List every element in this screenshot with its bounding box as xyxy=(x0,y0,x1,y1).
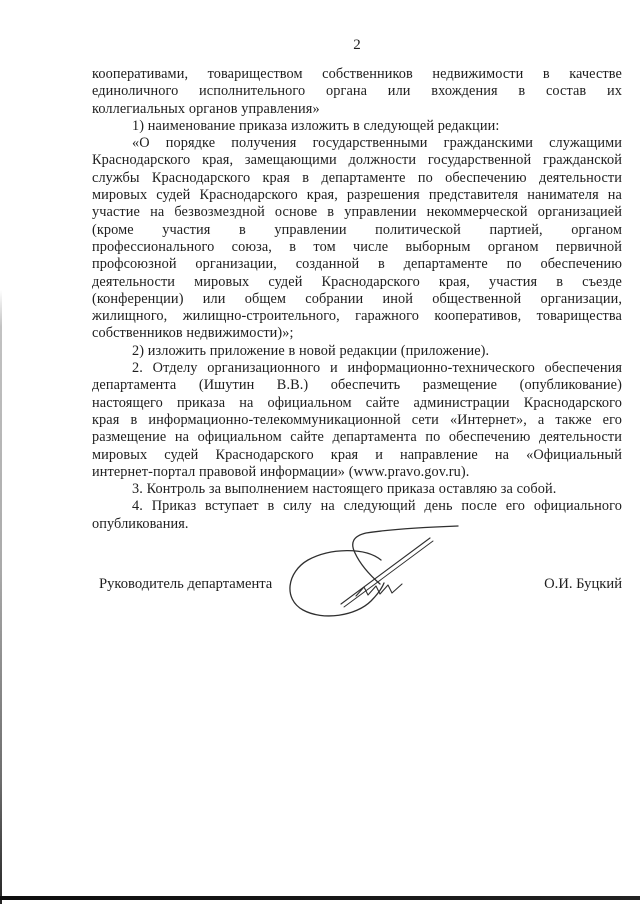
paragraph-intro-continuation: кооперативами, товариществом собственник… xyxy=(92,66,622,118)
text-line: коллегиальных органов управления» xyxy=(92,101,622,118)
text-line: собственников недвижимости)»; xyxy=(92,325,622,342)
scanned-document-page: 2 кооперативами, товариществом собственн… xyxy=(0,0,640,904)
scan-edge-left-artifact xyxy=(0,290,2,904)
text-line: департамента (Ишутин В.В.) обеспечить ра… xyxy=(92,377,622,394)
paragraph-subitem-1: 1) наименование приказа изложить в следу… xyxy=(92,118,622,135)
scan-edge-bottom-artifact xyxy=(0,896,640,900)
paragraph-order-title-quote: «О порядке получения государственными гр… xyxy=(92,135,622,343)
text-line: 4. Приказ вступает в силу на следующий д… xyxy=(92,498,622,515)
text-line: интернет-портал правовой информации» (ww… xyxy=(92,464,622,481)
text-line: профессионального союза, в том числе выб… xyxy=(92,239,622,256)
text-line: мировых судей Краснодарского края, разре… xyxy=(92,187,622,204)
text-line: 3. Контроль за выполнением настоящего пр… xyxy=(92,481,622,498)
signatory-title: Руководитель департамента xyxy=(99,575,272,593)
document-content: 2 кооперативами, товариществом собственн… xyxy=(92,0,622,593)
text-line: мировых судей Краснодарского края и напр… xyxy=(92,447,622,464)
text-line: (кроме участия в управлении политической… xyxy=(92,222,622,239)
text-line: 1) наименование приказа изложить в следу… xyxy=(92,118,622,135)
text-line: Краснодарского края, замещающими должнос… xyxy=(92,152,622,169)
text-line: края в информационно-телекоммуникационно… xyxy=(92,412,622,429)
signatory-name: О.И. Буцкий xyxy=(544,575,622,593)
paragraph-item-2: 2. Отделу организационного и информацион… xyxy=(92,360,622,481)
text-line: единоличного исполнительного органа или … xyxy=(92,83,622,100)
handwritten-signature xyxy=(280,515,465,625)
text-line: жилищного, жилищно-строительного, гаражн… xyxy=(92,308,622,325)
text-line: настоящего приказа на официальном сайте … xyxy=(92,395,622,412)
text-line: «О порядке получения государственными гр… xyxy=(92,135,622,152)
text-line: 2) изложить приложение в новой редакции … xyxy=(92,343,622,360)
text-line: деятельности мировых судей Краснодарског… xyxy=(92,274,622,291)
text-line: профсоюзной организации, созданной в деп… xyxy=(92,256,622,273)
page-number: 2 xyxy=(92,37,622,53)
text-line: 2. Отделу организационного и информацион… xyxy=(92,360,622,377)
text-line: (конференции) или общем собрании иной об… xyxy=(92,291,622,308)
text-line: кооперативами, товариществом собственник… xyxy=(92,66,622,83)
paragraph-item-3: 3. Контроль за выполнением настоящего пр… xyxy=(92,481,622,498)
paragraph-subitem-2: 2) изложить приложение в новой редакции … xyxy=(92,343,622,360)
text-line: службы Краснодарского края в департамент… xyxy=(92,170,622,187)
text-line: размещение на официальном сайте департам… xyxy=(92,429,622,446)
text-line: участие на безвозмездной основе в управл… xyxy=(92,204,622,221)
